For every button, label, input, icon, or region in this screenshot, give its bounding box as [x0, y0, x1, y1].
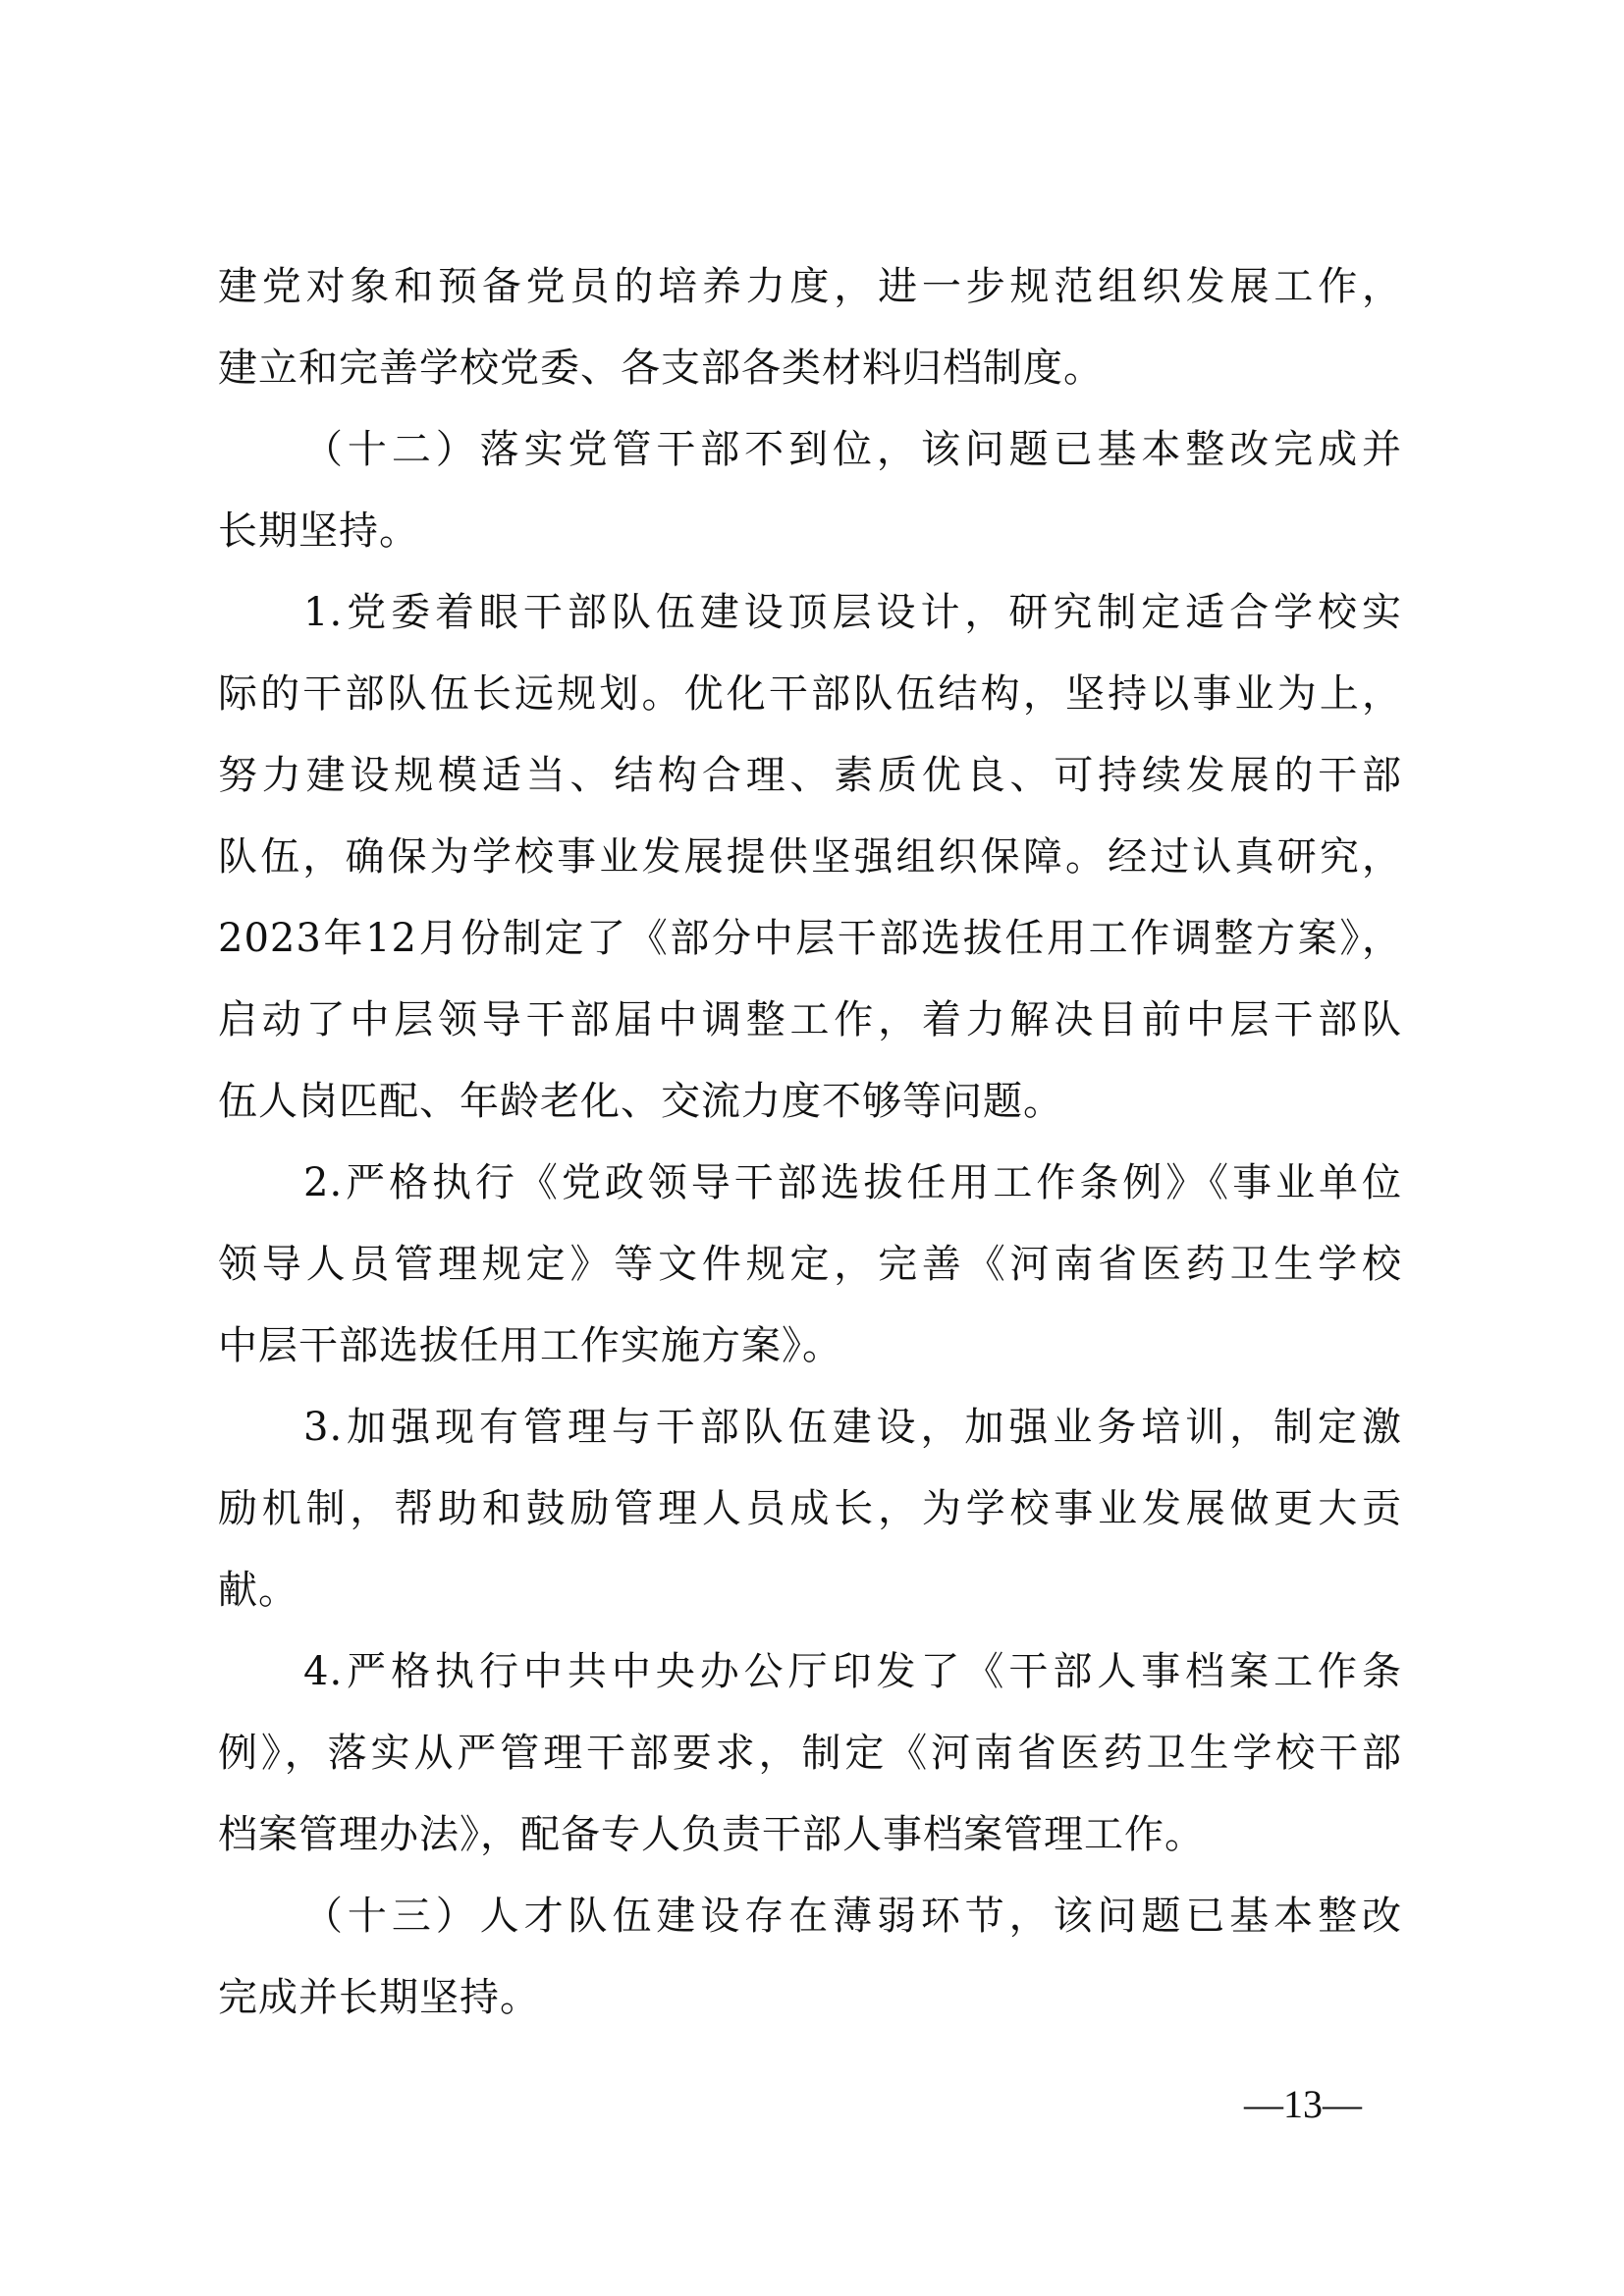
- item-2-line: 2.严格执行《党政领导干部选拔任用工作条例》《事业单位: [303, 1153, 1402, 1212]
- paragraph-line: 建党对象和预备党员的培养力度，进一步规范组织发展工作，: [218, 257, 1402, 316]
- paragraph-line: 建立和完善学校党委、各支部各类材料归档制度。: [218, 339, 1402, 398]
- section-heading-12: （十二）落实党管干部不到位，该问题已基本整改完成并: [303, 420, 1402, 479]
- item-1-line: 2023年12月份制定了《部分中层干部选拔任用工作调整方案》，: [218, 909, 1402, 968]
- section-heading-13: （十三）人才队伍建设存在薄弱环节，该问题已基本整改: [303, 1887, 1402, 1946]
- item-1-line: 努力建设规模适当、结构合理、素质优良、可持续发展的干部: [218, 746, 1402, 805]
- item-3-line: 献。: [218, 1561, 1402, 1620]
- item-2-line: 中层干部选拔任用工作实施方案》。: [218, 1316, 1402, 1375]
- item-1-line: 1.党委着眼干部队伍建设顶层设计，研究制定适合学校实: [303, 583, 1402, 642]
- item-3-line: 3.加强现有管理与干部队伍建设，加强业务培训，制定激: [303, 1398, 1402, 1457]
- item-1-line: 际的干部队伍长远规划。优化干部队伍结构，坚持以事业为上，: [218, 665, 1402, 723]
- document-page: 建党对象和预备党员的培养力度，进一步规范组织发展工作， 建立和完善学校党委、各支…: [0, 0, 1624, 2296]
- item-1-line: 启动了中层领导干部届中调整工作，着力解决目前中层干部队: [218, 990, 1402, 1049]
- item-4-line: 例》，落实从严管理干部要求，制定《河南省医药卫生学校干部: [218, 1724, 1402, 1783]
- item-2-line: 领导人员管理规定》等文件规定，完善《河南省医药卫生学校: [218, 1235, 1402, 1294]
- item-1-line: 伍人岗匹配、年龄老化、交流力度不够等问题。: [218, 1072, 1402, 1131]
- item-4-line: 4.严格执行中共中央办公厅印发了《干部人事档案工作条: [303, 1642, 1402, 1701]
- item-4-line: 档案管理办法》，配备专人负责干部人事档案管理工作。: [218, 1805, 1402, 1864]
- item-1-line: 队伍，确保为学校事业发展提供坚强组织保障。经过认真研究，: [218, 828, 1402, 886]
- page-number: —13—: [1239, 2083, 1367, 2126]
- section-heading-13-continued: 完成并长期坚持。: [218, 1968, 1402, 2027]
- item-3-line: 励机制，帮助和鼓励管理人员成长，为学校事业发展做更大贡: [218, 1479, 1402, 1538]
- section-heading-12-continued: 长期坚持。: [218, 502, 1402, 561]
